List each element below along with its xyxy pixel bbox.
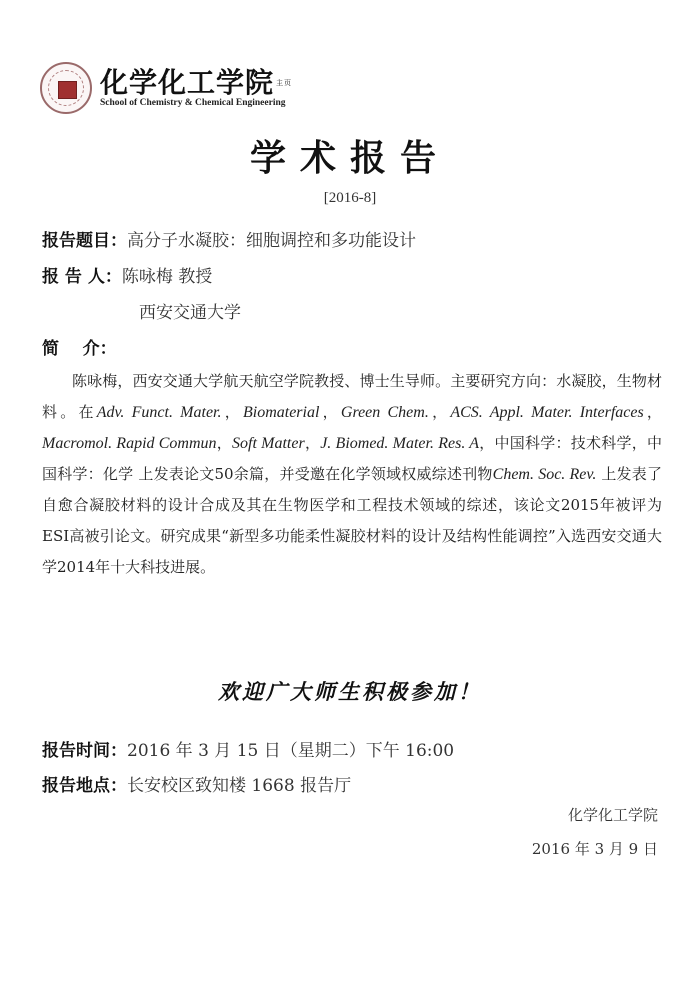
school-seal-icon (40, 62, 92, 114)
issue-number: [2016-8] (0, 190, 700, 207)
signature-date: 2016 年 3 月 9 日 (532, 838, 658, 859)
speaker-label: 报 告 人： (42, 262, 122, 287)
speaker-name: 陈咏梅 教授 (122, 262, 212, 287)
signature-org: 化学化工学院 (568, 804, 658, 825)
speaker-affiliation: 西安交通大学 (139, 298, 241, 323)
welcome-message: 欢迎广大师生积极参加！ (0, 676, 700, 706)
place-row: 报告地点： 长安校区致知楼 1668 报告厅 (42, 771, 351, 796)
time-row: 报告时间： 2016 年 3 月 15 日（星期二）下午 16:00 (42, 736, 454, 761)
place-label: 报告地点： (42, 771, 127, 796)
time-value: 2016 年 3 月 15 日（星期二）下午 16:00 (127, 736, 454, 761)
intro-label: 简 介： (42, 334, 117, 359)
school-logo: 化学化工学院主页 School of Chemistry & Chemical … (40, 62, 292, 114)
place-value: 长安校区致知楼 1668 报告厅 (127, 771, 351, 796)
topic-label: 报告题目： (42, 226, 127, 251)
logo-english-name: School of Chemistry & Chemical Engineeri… (100, 98, 292, 108)
logo-chinese-name: 化学化工学院主页 (100, 68, 292, 98)
topic-value: 高分子水凝胶：细胞调控和多功能设计 (127, 226, 416, 251)
page-title: 学术报告 (0, 130, 700, 181)
time-label: 报告时间： (42, 736, 127, 761)
topic-row: 报告题目： 高分子水凝胶：细胞调控和多功能设计 (42, 226, 416, 251)
affiliation-row: 西安交通大学 (139, 298, 241, 323)
speaker-row: 报 告 人： 陈咏梅 教授 (42, 262, 212, 287)
intro-row: 简 介： (42, 334, 117, 359)
speaker-bio: 陈咏梅，西安交通大学航天航空学院教授、博士生导师。主要研究方向：水凝胶，生物材料… (42, 366, 662, 583)
